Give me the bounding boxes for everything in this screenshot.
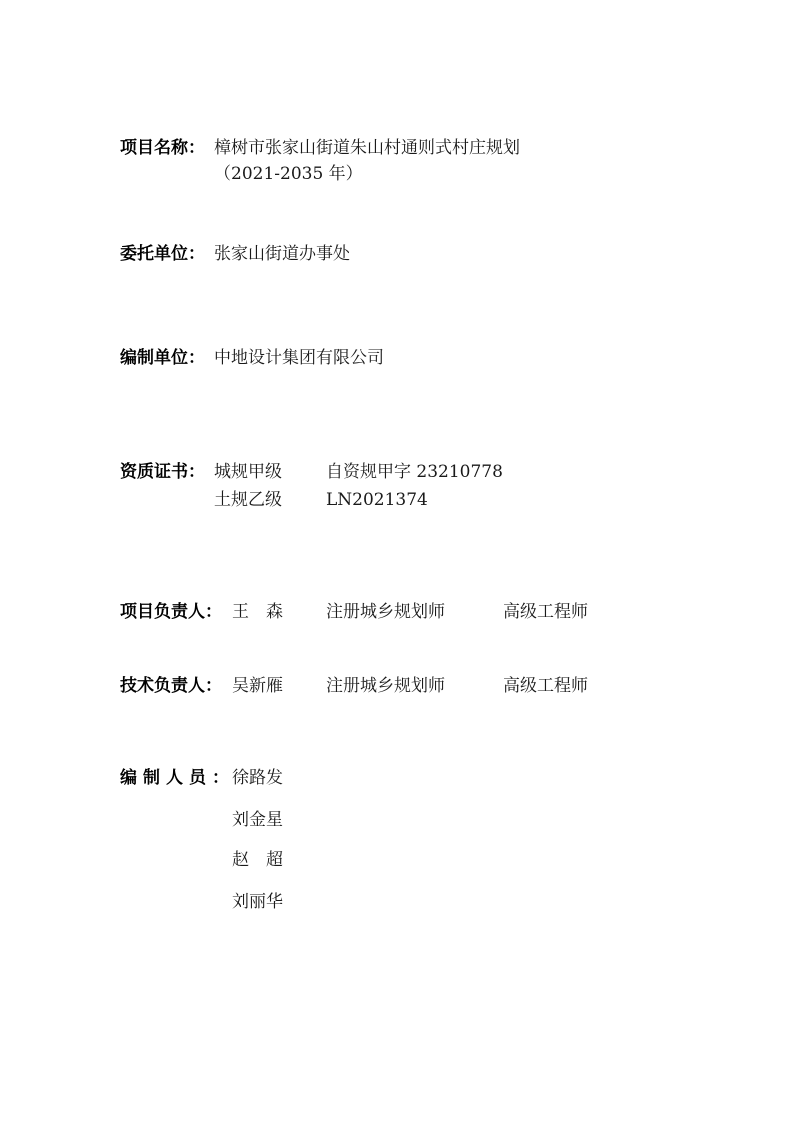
tech-lead-name: 吴新雁 (232, 676, 283, 696)
staff-member-2: 刘金星 (232, 810, 283, 830)
tech-lead-label: 技术负责人： (120, 676, 222, 696)
staff-member-4: 刘丽华 (232, 892, 283, 912)
qualification-number-1: 自资规甲字 23210778 (326, 462, 503, 482)
qualification-label: 资质证书： (120, 462, 205, 482)
qualification-grade-2: 土规乙级 (214, 490, 282, 510)
qualification-number-2: LN2021374 (326, 490, 428, 510)
project-lead-label: 项目负责人： (120, 602, 222, 622)
project-lead-name: 王 森 (232, 602, 283, 622)
project-name-label: 项目名称： (120, 138, 205, 158)
compiler-label: 编制单位： (120, 348, 205, 368)
qualification-grade-1: 城规甲级 (214, 462, 282, 482)
staff-member-3: 赵 超 (232, 850, 283, 870)
tech-lead-title-1: 注册城乡规划师 (326, 676, 445, 696)
client-label: 委托单位： (120, 244, 205, 264)
client-value: 张家山街道办事处 (214, 244, 350, 264)
staff-member-1: 徐路发 (232, 768, 283, 788)
staff-label: 编制人员： (120, 768, 235, 788)
project-name-period: （2021-2035 年） (214, 164, 363, 184)
project-name-value: 樟树市张家山街道朱山村通则式村庄规划 (214, 138, 520, 158)
project-lead-title-2: 高级工程师 (503, 602, 588, 622)
tech-lead-title-2: 高级工程师 (503, 676, 588, 696)
project-lead-title-1: 注册城乡规划师 (326, 602, 445, 622)
compiler-value: 中地设计集团有限公司 (214, 348, 384, 368)
